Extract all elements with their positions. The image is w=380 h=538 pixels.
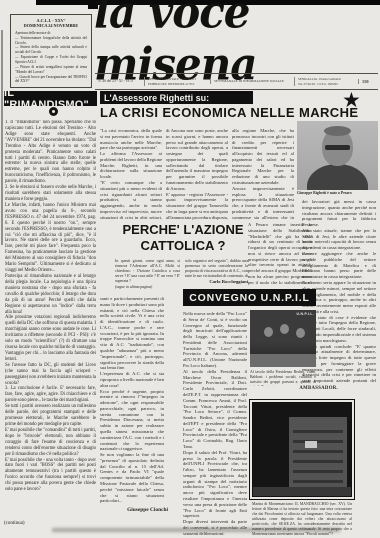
masthead-title: la voce misena — [94, 4, 378, 72]
unpil-caption: Al tavolo della Presidenza Bedini, Vitur… — [250, 370, 316, 386]
crisis-kicker-bar: L'Assessore Righetti su: — [100, 91, 253, 104]
unpil-col: Nella nuova sede della "Pro Loco" di Ser… — [183, 311, 247, 535]
crisis-headline: LA CRISI ECONOMICA NELLE MARCHE — [100, 105, 368, 120]
photo-person-shape — [264, 327, 273, 337]
left-article-continua: (continua) — [4, 521, 25, 526]
photo-hair-shape — [324, 126, 351, 136]
article-signature: Giuseppe Cionchi — [100, 507, 168, 513]
unpil-photo: U.N.P.I.L. — [250, 310, 316, 367]
issue-number: N. 46 del 23 - XI - 1974 — [95, 79, 144, 84]
acli-subtitle: DOMENICA 24 NOVEMBRE — [15, 23, 87, 28]
photo-person-shape — [280, 324, 289, 334]
scan-artifact-edge — [1, 30, 3, 245]
photo-sign-shape — [305, 441, 317, 448]
righetti-photo — [297, 121, 378, 190]
masthead-infobar: N. 46 del 23 - XI - 1974 SPED. ABB. POST… — [95, 73, 378, 90]
photo-ground-shape — [253, 487, 351, 496]
photo-windows-shape — [293, 423, 343, 483]
ac-col-a: In questi giorni, come ogni anno, si rin… — [115, 258, 180, 284]
glasses-shape — [325, 145, 350, 150]
mandracchio-photo — [252, 402, 352, 497]
weekly-tagline: SETTIMANALE DI INFORMAZIONE SOCIALE — [210, 79, 294, 83]
crisis-col-1: "La crisi economica, della quale si era … — [100, 128, 162, 220]
postal-info: SPED. ABB. POSTALE - GRUPPO I PUBBLICITA… — [144, 77, 210, 85]
crisis-kicker: L'Assessore Righetti su: — [104, 93, 209, 103]
crisis-col-2: di Ancona non sono poste, anche in scars… — [166, 128, 228, 220]
acli-announcement-box: A.C.L.I. - XXV° DOMENICA 24 NOVEMBRE Ape… — [10, 14, 92, 88]
left-article-headline: IL "RIMANDISMO" — [4, 91, 97, 106]
unpil-headline: CONVEGNO U.N.P.I.L — [189, 292, 309, 304]
photo-table-shape — [250, 354, 316, 367]
price-label: 150 — [358, 79, 376, 85]
ac-headline: PERCHE' L'AZIONE CATTOLICA ? — [112, 222, 254, 253]
unpil-headline-bar: CONVEGNO U.N.P.I.L — [183, 289, 316, 306]
church-col: santi e particolarmente presenti di mano… — [100, 296, 164, 505]
righetti-caption: Giuseppe Righetti è nato a Pesaro — [297, 191, 378, 198]
photo-person-shape — [296, 328, 305, 338]
crisis-col-3: alla regione Marche, che ha promosso inc… — [232, 128, 294, 220]
acli-body: Apertura delle mostre di: — Testimonianz… — [15, 31, 87, 84]
ac-segue: (segue in ultima pagina) — [115, 285, 152, 289]
address-info: SENIGALLIA - Piazza Garibaldi Tel. 07/92… — [294, 77, 358, 85]
photo-suit-shape — [307, 164, 368, 190]
ornament-icon — [49, 107, 58, 116]
ac-byline: Carlo Roccheggiani — [185, 279, 248, 284]
ac-col-b: solo organico nel seguito", dubbio una p… — [185, 258, 248, 278]
mandracchio-caption: Marina di Montemarciano: IL MANDRACCHIO … — [252, 502, 352, 535]
ambassador-label: AMBASSADOR. — [276, 386, 338, 391]
left-article-headline-bar: IL "RIMANDISMO" — [4, 91, 97, 106]
newspaper-page: A.C.L.I. - XXV° DOMENICA 24 NOVEMBRE Ape… — [0, 0, 380, 538]
left-article-body: 1. Il "rimandismo" non passa. Speriamo c… — [5, 120, 96, 502]
unpil-photo-label: U.N.P.I.L. — [297, 312, 314, 316]
